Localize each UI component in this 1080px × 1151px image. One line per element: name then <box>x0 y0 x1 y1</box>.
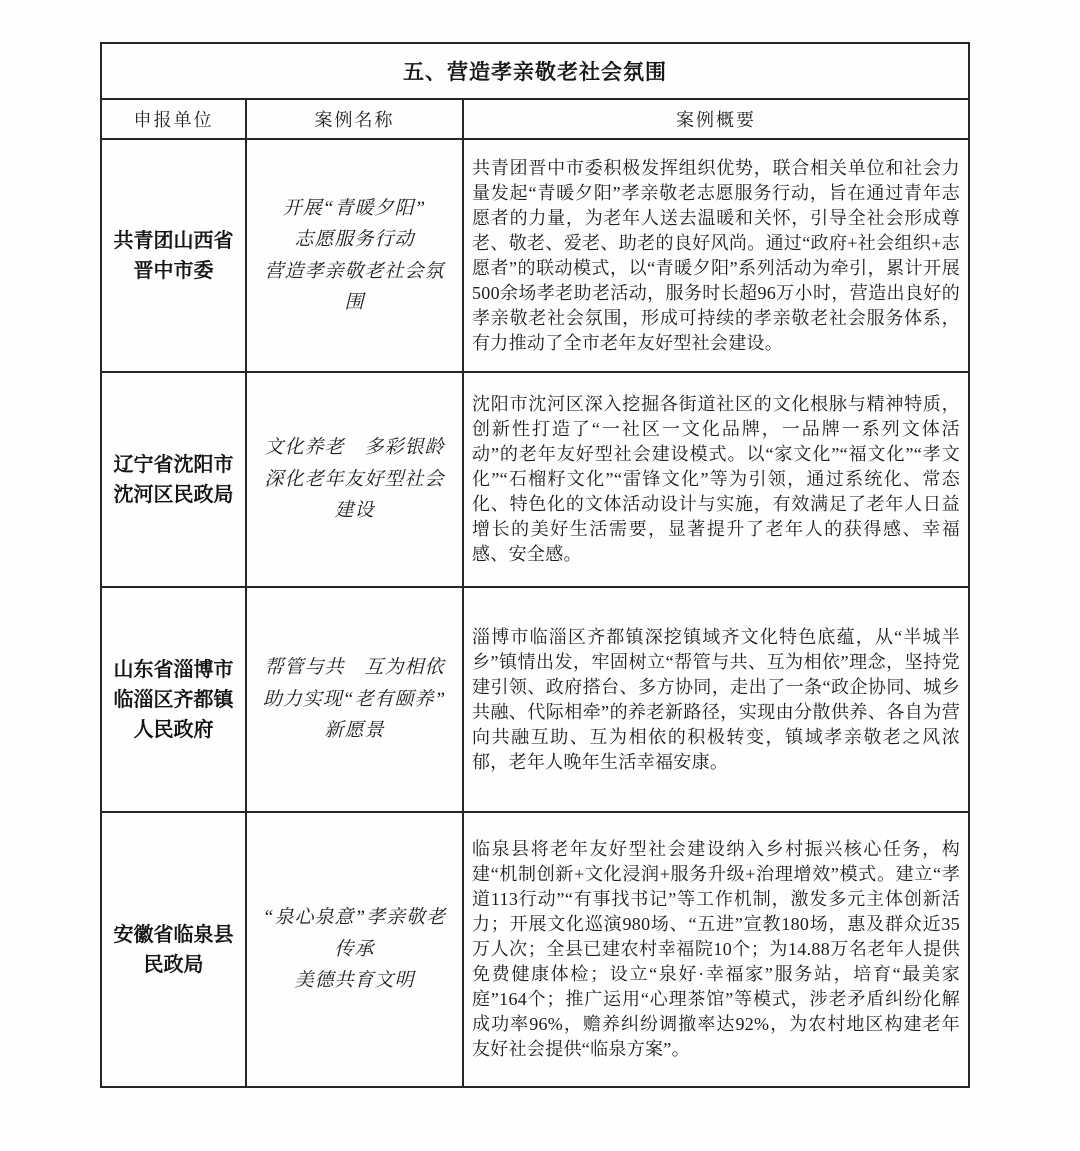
summary-cell: 沈阳市沈河区深入挖掘各街道社区的文化根脉与精神特质，创新性打造了“一社区一文化品… <box>463 372 969 587</box>
table-title-row: 五、营造孝亲敬老社会氛围 <box>101 43 969 99</box>
table-row: 辽宁省沈阳市 沈河区民政局 文化养老 多彩银龄 深化老年友好型社会建设 沈阳市沈… <box>101 372 969 587</box>
unit-cell: 山东省淄博市 临淄区齐都镇 人民政府 <box>101 587 246 812</box>
table-title: 五、营造孝亲敬老社会氛围 <box>101 43 969 99</box>
table-header-row: 申报单位 案例名称 案例概要 <box>101 99 969 139</box>
case-name-cell: 帮管与共 互为相依 助力实现“老有颐养” 新愿景 <box>246 587 463 812</box>
summary-cell: 临泉县将老年友好型社会建设纳入乡村振兴核心任务，构建“机制创新+文化浸润+服务升… <box>463 812 969 1087</box>
case-table: 五、营造孝亲敬老社会氛围 申报单位 案例名称 案例概要 共青团山西省 晋中市委 … <box>100 42 970 1088</box>
unit-cell: 安徽省临泉县 民政局 <box>101 812 246 1087</box>
col-header-unit: 申报单位 <box>101 99 246 139</box>
table-row: 山东省淄博市 临淄区齐都镇 人民政府 帮管与共 互为相依 助力实现“老有颐养” … <box>101 587 969 812</box>
col-header-summary: 案例概要 <box>463 99 969 139</box>
col-header-case-name: 案例名称 <box>246 99 463 139</box>
table-row: 安徽省临泉县 民政局 “泉心泉意”孝亲敬老 传承 美德共育文明 临泉县将老年友好… <box>101 812 969 1087</box>
case-name-cell: 文化养老 多彩银龄 深化老年友好型社会建设 <box>246 372 463 587</box>
summary-cell: 淄博市临淄区齐都镇深挖镇域齐文化特色底蕴，从“半城半乡”镇情出发，牢固树立“帮管… <box>463 587 969 812</box>
case-name-cell: “泉心泉意”孝亲敬老 传承 美德共育文明 <box>246 812 463 1087</box>
case-name-cell: 开展“青暖夕阳” 志愿服务行动 营造孝亲敬老社会氛围 <box>246 139 463 372</box>
summary-cell: 共青团晋中市委积极发挥组织优势，联合相关单位和社会力量发起“青暖夕阳”孝亲敬老志… <box>463 139 969 372</box>
unit-cell: 辽宁省沈阳市 沈河区民政局 <box>101 372 246 587</box>
unit-cell: 共青团山西省 晋中市委 <box>101 139 246 372</box>
table-row: 共青团山西省 晋中市委 开展“青暖夕阳” 志愿服务行动 营造孝亲敬老社会氛围 共… <box>101 139 969 372</box>
document-page: 五、营造孝亲敬老社会氛围 申报单位 案例名称 案例概要 共青团山西省 晋中市委 … <box>0 0 1080 1151</box>
